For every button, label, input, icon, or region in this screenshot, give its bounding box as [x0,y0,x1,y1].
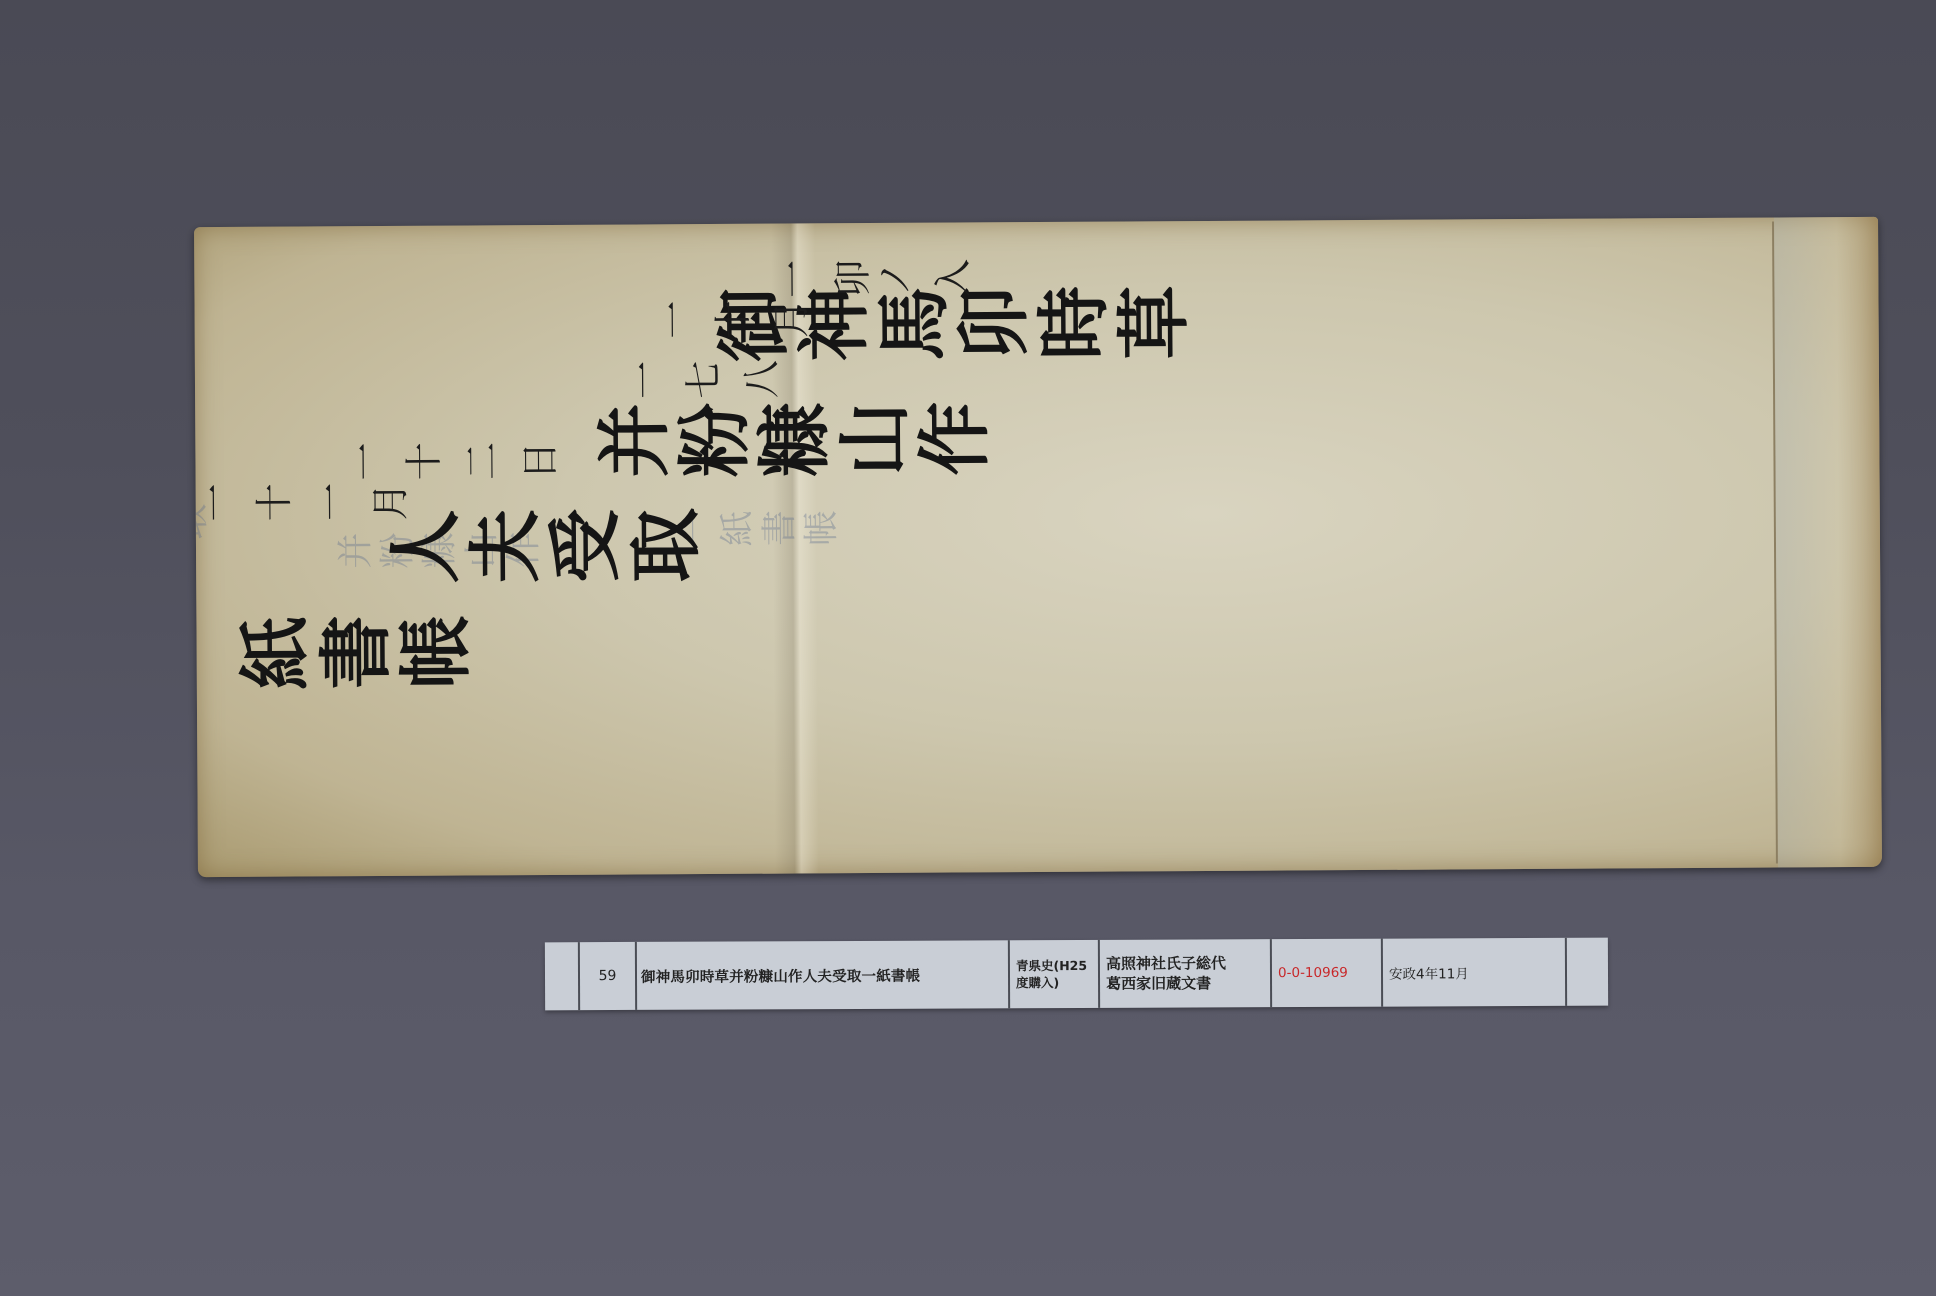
label-collection: 高照神社氏子総代 葛西家旧蔵文書 [1100,939,1272,1008]
calligraphy-subline: 一 七 八 [625,359,1605,405]
calligraphy-subline: 一 十 一 月 [196,481,1176,527]
label-collection-line1: 高照神社氏子総代 [1106,953,1226,974]
document-sheet: 人夫受取 并粉糠山作 一紙書帳 御神馬卯時草 并粉糠山作 人夫受取 一紙書帳 一… [194,217,1882,877]
label-index: 59 [580,942,637,1010]
label-collection-line2: 葛西家旧蔵文書 [1106,973,1226,994]
archive-photo: 人夫受取 并粉糠山作 一紙書帳 御神馬卯時草 并粉糠山作 人夫受取 一紙書帳 一… [0,0,1936,1296]
label-catalog-id: 0-0-10969 [1272,939,1383,1007]
calligraphy-line: 一紙書帳 [194,618,797,702]
calligraphy-subline: 一 卯ノ 入 [774,258,1754,304]
calligraphy-subline: 一 十 月 [655,298,1635,344]
label-title: 御神馬卯時草并粉糠山作人夫受取一紙書帳 [637,940,1010,1010]
label-date: 安政4年11月 [1383,938,1567,1007]
document-spine-strip [1774,217,1882,868]
calligraphy-subline: 一 九 日 [194,523,956,569]
label-acquisition: 青県史(H25 度購入) [1010,940,1100,1008]
label-acquisition-line2: 度購入) [1016,974,1087,991]
label-acquisition-line1: 青県史(H25 [1016,957,1087,974]
calligraphy-subline: 一 十 三 [194,563,816,609]
label-blank-cell [1567,938,1608,1006]
label-blank-cell [545,942,580,1010]
catalog-label: 59 御神馬卯時草并粉糠山作人夫受取一紙書帳 青県史(H25 度購入) 高照神社… [545,938,1608,1011]
calligraphy-subline: 一 十 二 日 [345,440,1325,486]
